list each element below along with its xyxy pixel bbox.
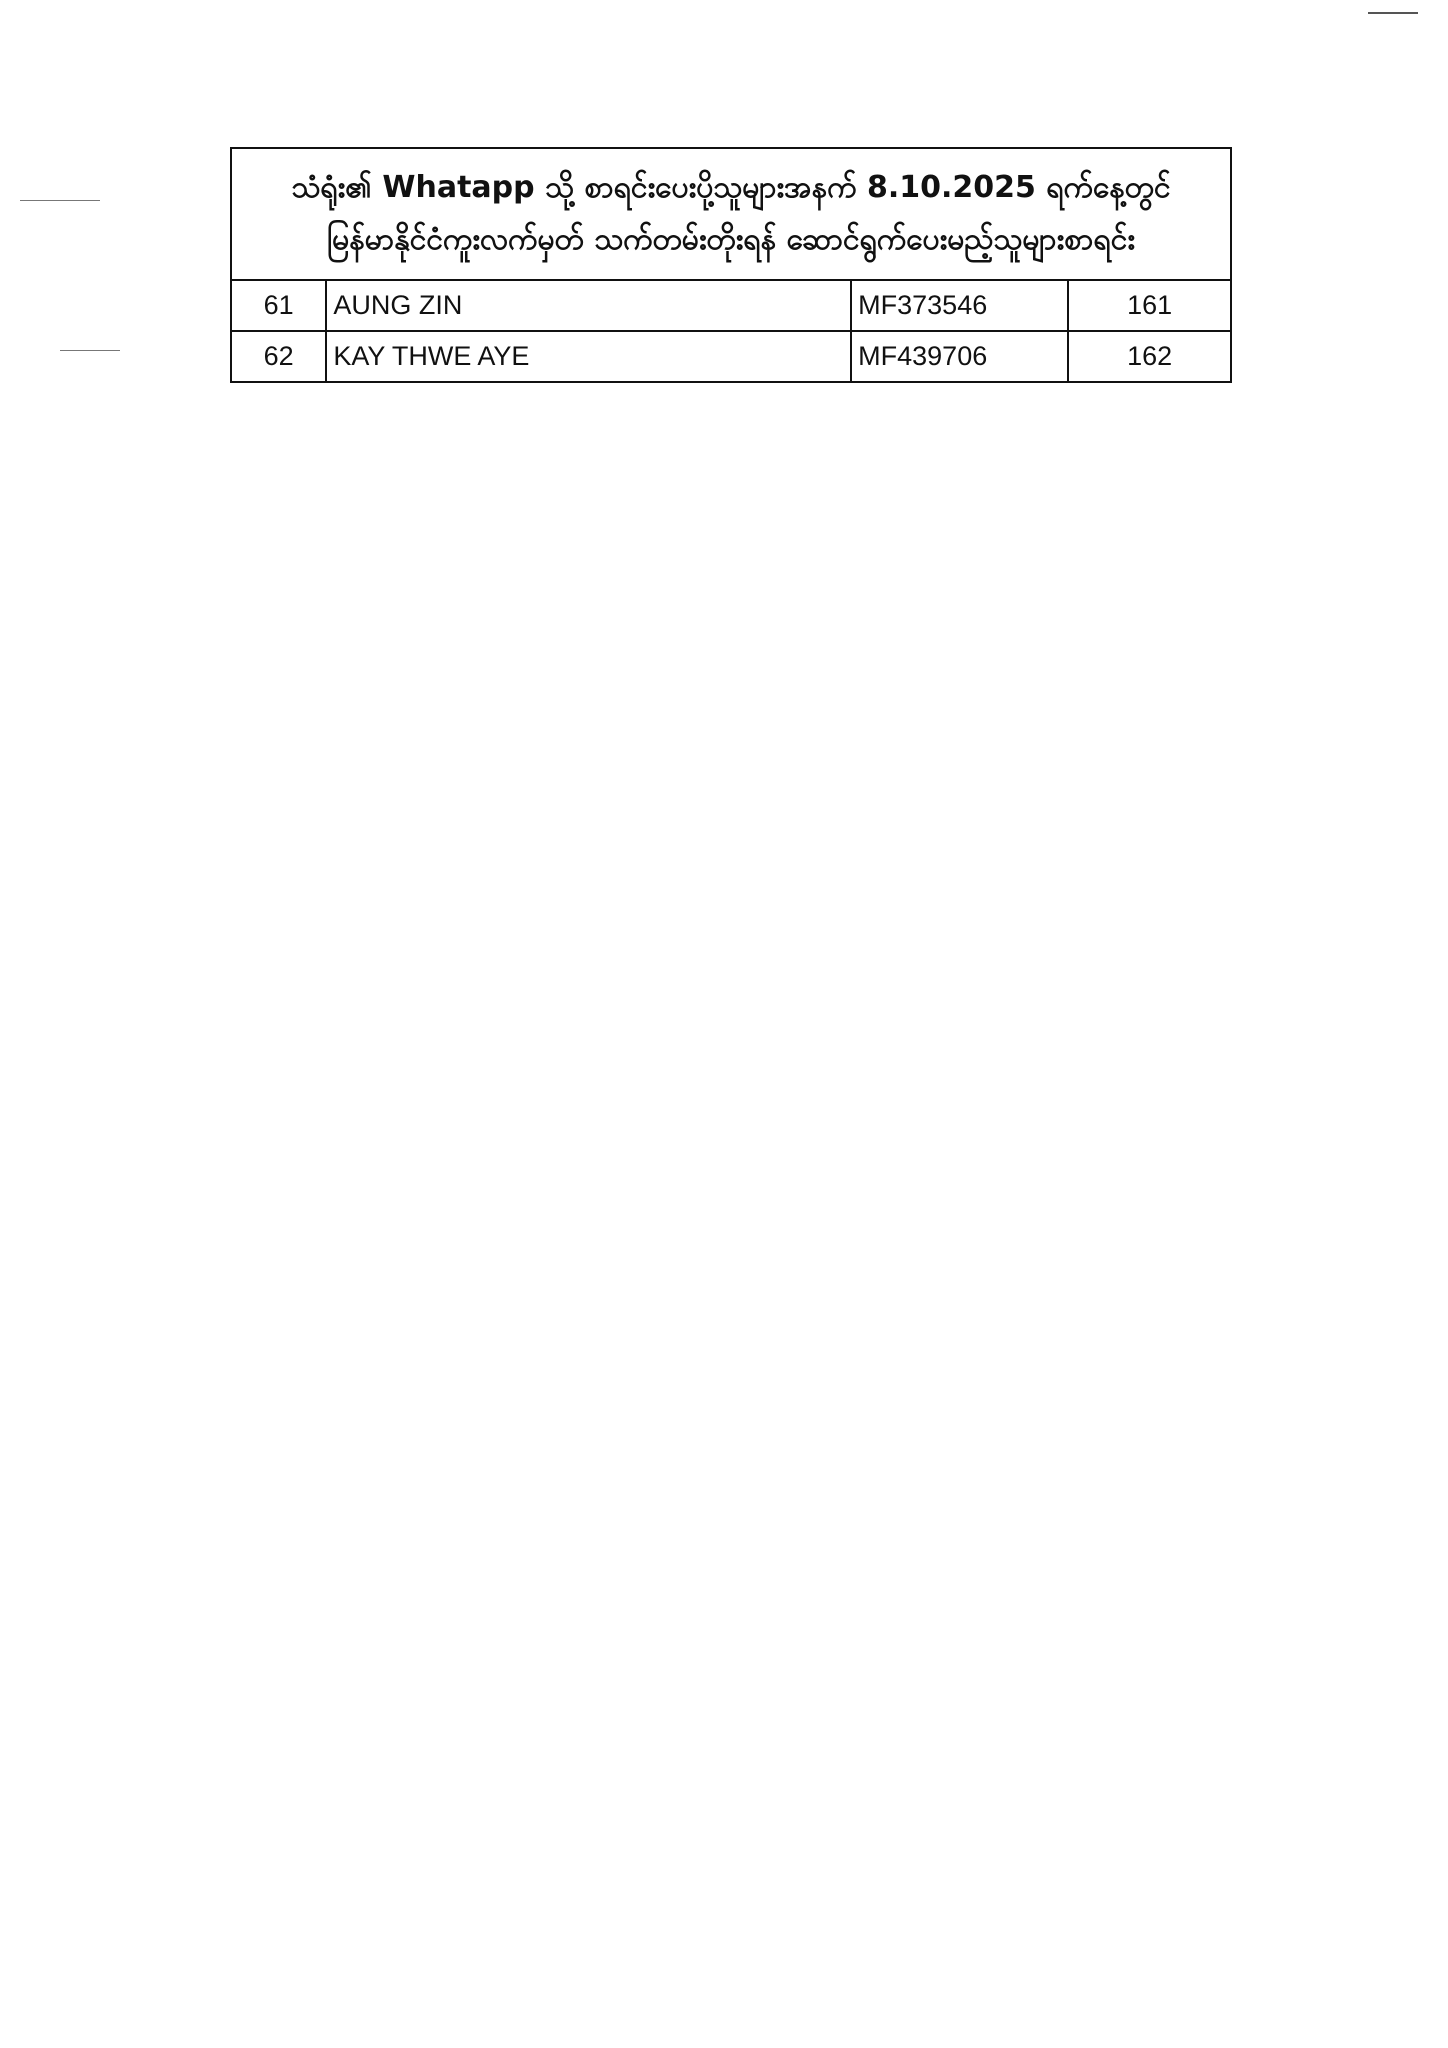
person-name: AUNG ZIN [326,280,851,331]
passport-renewal-list-table: သံရုံး၏ Whatapp သို့ စာရင်းပေးပို့သူများ… [230,147,1232,383]
scan-artifact-dots [20,200,100,201]
passport-number: MF439706 [851,331,1068,382]
row-number: 62 [231,331,326,382]
scan-artifact-dots [60,350,120,351]
person-name: KAY THWE AYE [326,331,851,382]
sequence-number: 162 [1068,331,1231,382]
table-row: 62 KAY THWE AYE MF439706 162 [231,331,1231,382]
sequence-number: 161 [1068,280,1231,331]
row-number: 61 [231,280,326,331]
title-line-1: သံရုံး၏ Whatapp သို့ စာရင်းပေးပို့သူများ… [232,162,1230,214]
title-line-2: မြန်မာနိုင်ငံကူးလက်မှတ် သက်တမ်းတိုးရန် ဆ… [232,214,1230,266]
scanned-page: သံရုံး၏ Whatapp သို့ စာရင်းပေးပို့သူများ… [0,0,1448,2048]
table-row: 61 AUNG ZIN MF373546 161 [231,280,1231,331]
table-title-row: သံရုံး၏ Whatapp သို့ စာရင်းပေးပို့သူများ… [231,148,1231,280]
scan-artifact-line [1368,12,1418,14]
passport-number: MF373546 [851,280,1068,331]
table-title: သံရုံး၏ Whatapp သို့ စာရင်းပေးပို့သူများ… [231,148,1231,280]
